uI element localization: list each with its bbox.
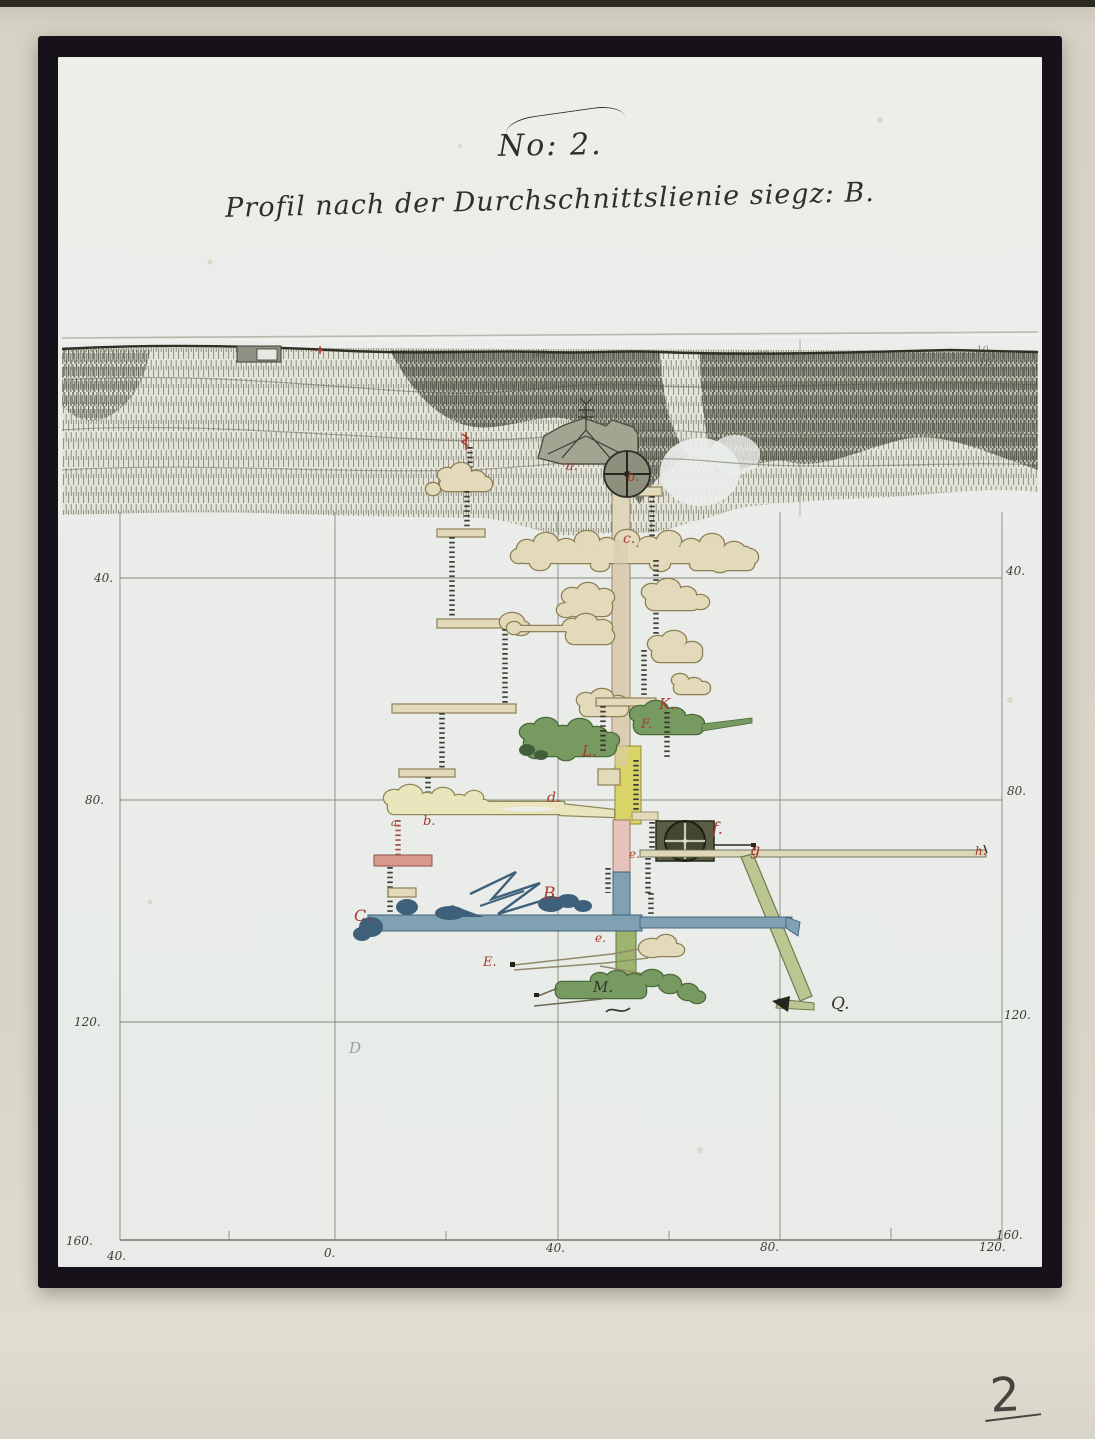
pencil-page-number: 2 xyxy=(989,1367,1022,1423)
drawing-paper xyxy=(58,57,1042,1267)
drawing-number-title: No: 2. xyxy=(497,127,602,164)
title-block: No: 2. Profil nach der Durchschnittslien… xyxy=(62,0,1038,216)
archival-photo-of-mine-profile-drawing: { "page": { "title_no": "No: 2.", "title… xyxy=(0,0,1095,1439)
